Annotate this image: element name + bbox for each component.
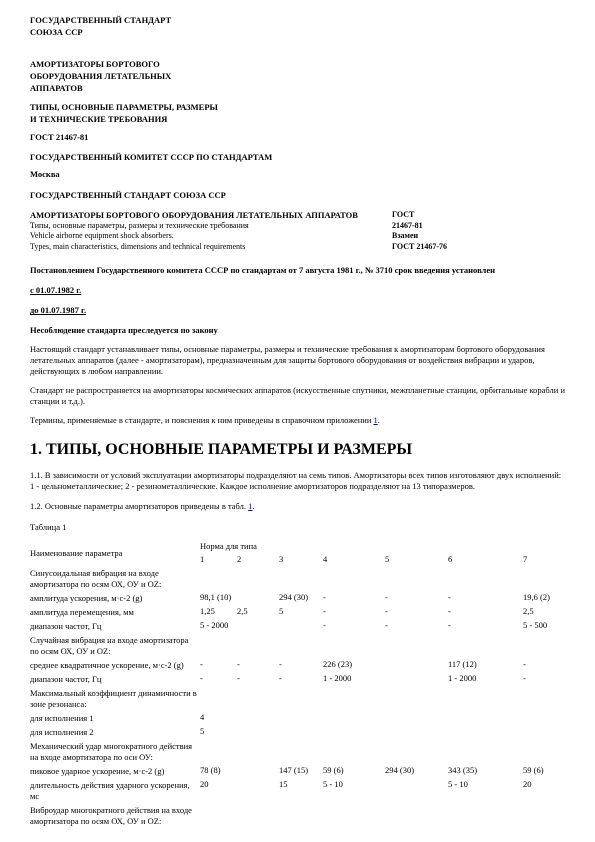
cell xyxy=(237,566,279,591)
cell: 1 - 2000 xyxy=(448,672,523,686)
cell: - xyxy=(523,672,565,686)
cell: 117 (12) xyxy=(448,658,523,672)
table-row: для исполнения 2 5 xyxy=(30,725,565,739)
cell xyxy=(385,658,448,672)
row-label: длительность действия ударного ускорения… xyxy=(30,778,200,803)
cell: - xyxy=(523,658,565,672)
norm-group-header: Норма для типа xyxy=(200,540,565,553)
cell: - xyxy=(237,672,279,686)
cell: 5 xyxy=(279,605,323,619)
cell: 2,5 xyxy=(523,605,565,619)
clause-1-2-period: . xyxy=(252,501,254,511)
type-col-5: 5 xyxy=(385,553,448,566)
gost-label: ГОСТ xyxy=(392,210,447,221)
date-from: с 01.07.1982 г. xyxy=(30,285,565,296)
cell: 1,25 xyxy=(200,605,237,619)
type-col-1: 1 xyxy=(200,553,237,566)
cell xyxy=(523,686,565,711)
cell: 5 - 10 xyxy=(448,778,523,803)
row-label: диапазон частот, Гц xyxy=(30,619,200,633)
cell: 19,6 (2) xyxy=(523,591,565,605)
cell: - xyxy=(200,658,237,672)
cell: 294 (30) xyxy=(385,764,448,778)
cell xyxy=(323,633,385,658)
org-block: ГОСУДАРСТВЕННЫЙ СТАНДАРТ СОЮЗА ССР xyxy=(30,14,565,38)
table-row: диапазон частот, Гц - - - 1 - 2000 1 - 2… xyxy=(30,672,565,686)
row-label: Максимальный коэффициент динамичности в … xyxy=(30,686,200,711)
ru-title: АМОРТИЗАТОРЫ БОРТОВОГО ОБОРУДОВАНИЯ ЛЕТА… xyxy=(30,210,392,221)
masthead: ГОСУДАРСТВЕННЫЙ СТАНДАРТ СОЮЗА ССР АМОРТ… xyxy=(30,14,565,201)
cell: - xyxy=(448,619,523,633)
bilingual-left-column: АМОРТИЗАТОРЫ БОРТОВОГО ОБОРУДОВАНИЯ ЛЕТА… xyxy=(30,210,392,252)
cell: - xyxy=(385,591,448,605)
section-1-heading: 1. ТИПЫ, ОСНОВНЫЕ ПАРАМЕТРЫ И РАЗМЕРЫ xyxy=(30,440,565,460)
cell xyxy=(385,803,448,828)
cell: - xyxy=(323,619,385,633)
table-row: амплитуда перемещения, мм 1,25 2,5 5 - -… xyxy=(30,605,565,619)
row-label: среднее квадратичное ускорение, м·с-2 (g… xyxy=(30,658,200,672)
cell xyxy=(385,686,448,711)
cell xyxy=(323,803,385,828)
cell xyxy=(237,686,279,711)
cell xyxy=(323,739,385,764)
clause-1-2: 1.2. Основные параметры амортизаторов пр… xyxy=(30,501,565,512)
table-1: Наименование параметра Норма для типа 1 … xyxy=(30,540,565,828)
law-notice: Несоблюдение стандарта преследуется по з… xyxy=(30,325,565,336)
cell xyxy=(200,739,237,764)
cell: 1 - 2000 xyxy=(323,672,385,686)
row-label: амплитуда ускорения, м·с-2 (g) xyxy=(30,591,200,605)
type-col-4: 4 xyxy=(323,553,385,566)
param-column-header: Наименование параметра xyxy=(30,540,200,566)
cell xyxy=(523,739,565,764)
cell xyxy=(523,725,565,739)
cell xyxy=(385,778,448,803)
cell xyxy=(237,764,279,778)
committee-block: ГОСУДАРСТВЕННЫЙ КОМИТЕТ СССР ПО СТАНДАРТ… xyxy=(30,151,565,163)
terms-period: . xyxy=(378,415,380,425)
terms-paragraph: Термины, применяемые в стандарте, и пояс… xyxy=(30,415,565,426)
subtitle-line-1: ТИПЫ, ОСНОВНЫЕ ПАРАМЕТРЫ, РАЗМЕРЫ xyxy=(30,101,565,113)
cell xyxy=(237,803,279,828)
cell: - xyxy=(385,605,448,619)
table-header-row: Наименование параметра Норма для типа xyxy=(30,540,565,553)
cell: 5 - 10 xyxy=(323,778,385,803)
cell xyxy=(523,803,565,828)
cell: 20 xyxy=(200,778,237,803)
subtitle-block: ТИПЫ, ОСНОВНЫЕ ПАРАМЕТРЫ, РАЗМЕРЫ И ТЕХН… xyxy=(30,101,565,125)
cell xyxy=(279,725,323,739)
cell: - xyxy=(448,591,523,605)
cell xyxy=(323,686,385,711)
cell xyxy=(385,725,448,739)
title-line-1: АМОРТИЗАТОРЫ БОРТОВОГО xyxy=(30,58,565,70)
cell xyxy=(200,566,237,591)
cell xyxy=(448,686,523,711)
cell: 5 xyxy=(200,725,237,739)
subtitle-line-2: И ТЕХНИЧЕСКИЕ ТРЕБОВАНИЯ xyxy=(30,113,565,125)
type-col-2: 2 xyxy=(237,553,279,566)
table-row: среднее квадратичное ускорение, м·с-2 (g… xyxy=(30,658,565,672)
row-label: для исполнения 1 xyxy=(30,711,200,725)
cell xyxy=(523,633,565,658)
table-row: длительность действия ударного ускорения… xyxy=(30,778,565,803)
cell xyxy=(448,739,523,764)
city-block: Москва xyxy=(30,168,565,180)
gost-number: 21467-81 xyxy=(392,221,447,232)
bilingual-right-column: ГОСТ 21467-81 Взамен ГОСТ 21467-76 xyxy=(392,210,447,252)
cell: 78 (8) xyxy=(200,764,237,778)
cell xyxy=(385,672,448,686)
cell xyxy=(323,725,385,739)
cell xyxy=(448,633,523,658)
cell: 294 (30) xyxy=(279,591,323,605)
cell xyxy=(237,739,279,764)
table-row: Механический удар многократного действия… xyxy=(30,739,565,764)
cell: 343 (35) xyxy=(448,764,523,778)
cell xyxy=(279,566,323,591)
cell: 59 (6) xyxy=(523,764,565,778)
cell xyxy=(385,633,448,658)
table-row: Виброудар многократного действия на вход… xyxy=(30,803,565,828)
cell xyxy=(523,711,565,725)
type-col-3: 3 xyxy=(279,553,323,566)
cell xyxy=(237,778,279,803)
row-label: диапазон частот, Гц xyxy=(30,672,200,686)
cell: - xyxy=(323,605,385,619)
cell: 226 (23) xyxy=(323,658,385,672)
cell xyxy=(237,711,279,725)
cell xyxy=(279,739,323,764)
table-row: диапазон частот, Гц 5 - 2000 - - - 5 - 5… xyxy=(30,619,565,633)
en-subtitle: Types, main characteristics, dimensions … xyxy=(30,242,392,253)
title-line-2: ОБОРУДОВАНИЯ ЛЕТАТЕЛЬНЫХ xyxy=(30,70,565,82)
table-row: амплитуда ускорения, м·с-2 (g) 98,1 (10)… xyxy=(30,591,565,605)
row-label: амплитуда перемещения, мм xyxy=(30,605,200,619)
cell xyxy=(237,619,279,633)
intro-paragraph-1: Настоящий стандарт устанавливает типы, о… xyxy=(30,344,565,377)
cell xyxy=(448,566,523,591)
table-row: пиковое ударное ускорение, м·с-2 (g) 78 … xyxy=(30,764,565,778)
date-to: до 01.07.1987 г. xyxy=(30,305,565,316)
gost-document-page: ГОСУДАРСТВЕННЫЙ СТАНДАРТ СОЮЗА ССР АМОРТ… xyxy=(0,0,595,842)
cell xyxy=(279,633,323,658)
org-line-1: ГОСУДАРСТВЕННЫЙ СТАНДАРТ xyxy=(30,14,565,26)
row-label: для исполнения 2 xyxy=(30,725,200,739)
table-row: для исполнения 1 4 xyxy=(30,711,565,725)
title-block: АМОРТИЗАТОРЫ БОРТОВОГО ОБОРУДОВАНИЯ ЛЕТА… xyxy=(30,58,565,94)
row-label: Виброудар многократного действия на вход… xyxy=(30,803,200,828)
cell: - xyxy=(323,591,385,605)
cell xyxy=(279,686,323,711)
intro-paragraph-2: Стандарт не распространяется на амортиза… xyxy=(30,385,565,407)
cell xyxy=(200,633,237,658)
cell xyxy=(279,803,323,828)
cell xyxy=(200,686,237,711)
clause-1-1: 1.1. В зависимости от условий эксплуатац… xyxy=(30,470,565,492)
cell: - xyxy=(279,672,323,686)
cell xyxy=(448,711,523,725)
cell: - xyxy=(448,605,523,619)
type-col-6: 6 xyxy=(448,553,523,566)
ru-subtitle: Типы, основные параметры, размеры и техн… xyxy=(30,221,392,232)
cell: 20 xyxy=(523,778,565,803)
gost-number-block: ГОСТ 21467-81 xyxy=(30,131,565,143)
cell: - xyxy=(237,658,279,672)
type-col-7: 7 xyxy=(523,553,565,566)
cell: 5 - 500 xyxy=(523,619,565,633)
cell xyxy=(323,711,385,725)
org-line-2: СОЮЗА ССР xyxy=(30,26,565,38)
cell xyxy=(448,803,523,828)
cell xyxy=(237,633,279,658)
table-1-caption: Таблица 1 xyxy=(30,522,565,533)
cell xyxy=(279,619,323,633)
cell xyxy=(200,803,237,828)
row-label: Механический удар многократного действия… xyxy=(30,739,200,764)
cell xyxy=(523,566,565,591)
table-row: Максимальный коэффициент динамичности в … xyxy=(30,686,565,711)
cell xyxy=(237,591,279,605)
cell xyxy=(448,725,523,739)
row-label: пиковое ударное ускорение, м·с-2 (g) xyxy=(30,764,200,778)
cell: - xyxy=(385,619,448,633)
decree-paragraph: Постановлением Государственного комитета… xyxy=(30,265,565,276)
standard-heading: ГОСУДАРСТВЕННЫЙ СТАНДАРТ СОЮЗА ССР xyxy=(30,189,565,201)
committee-line: ГОСУДАРСТВЕННЫЙ КОМИТЕТ СССР ПО СТАНДАРТ… xyxy=(30,151,565,163)
cell: 59 (6) xyxy=(323,764,385,778)
cell xyxy=(323,566,385,591)
replaces-label: Взамен xyxy=(392,231,447,242)
terms-text: Термины, применяемые в стандарте, и пояс… xyxy=(30,415,374,425)
replaces-number: ГОСТ 21467-76 xyxy=(392,242,447,253)
cell xyxy=(385,711,448,725)
gost-number: ГОСТ 21467-81 xyxy=(30,131,565,143)
cell xyxy=(237,725,279,739)
table-row: Случайная вибрация на входе амортизатора… xyxy=(30,633,565,658)
city-line: Москва xyxy=(30,168,565,180)
cell xyxy=(385,566,448,591)
cell: 98,1 (10) xyxy=(200,591,237,605)
standard-heading-block: ГОСУДАРСТВЕННЫЙ СТАНДАРТ СОЮЗА ССР xyxy=(30,189,565,201)
cell xyxy=(279,711,323,725)
cell: 147 (15) xyxy=(279,764,323,778)
bilingual-title-table: АМОРТИЗАТОРЫ БОРТОВОГО ОБОРУДОВАНИЯ ЛЕТА… xyxy=(30,210,565,252)
table-row: Синусоидальная вибрация на входе амортиз… xyxy=(30,566,565,591)
en-title: Vehicle airborne equipment shock absorbe… xyxy=(30,231,392,242)
title-line-3: АППАРАТОВ xyxy=(30,82,565,94)
cell: 5 - 2000 xyxy=(200,619,237,633)
cell: 2,5 xyxy=(237,605,279,619)
row-label: Случайная вибрация на входе амортизатора… xyxy=(30,633,200,658)
cell: - xyxy=(200,672,237,686)
cell: - xyxy=(279,658,323,672)
clause-1-2-text: 1.2. Основные параметры амортизаторов пр… xyxy=(30,501,248,511)
cell: 15 xyxy=(279,778,323,803)
cell: 4 xyxy=(200,711,237,725)
cell xyxy=(385,739,448,764)
row-label: Синусоидальная вибрация на входе амортиз… xyxy=(30,566,200,591)
